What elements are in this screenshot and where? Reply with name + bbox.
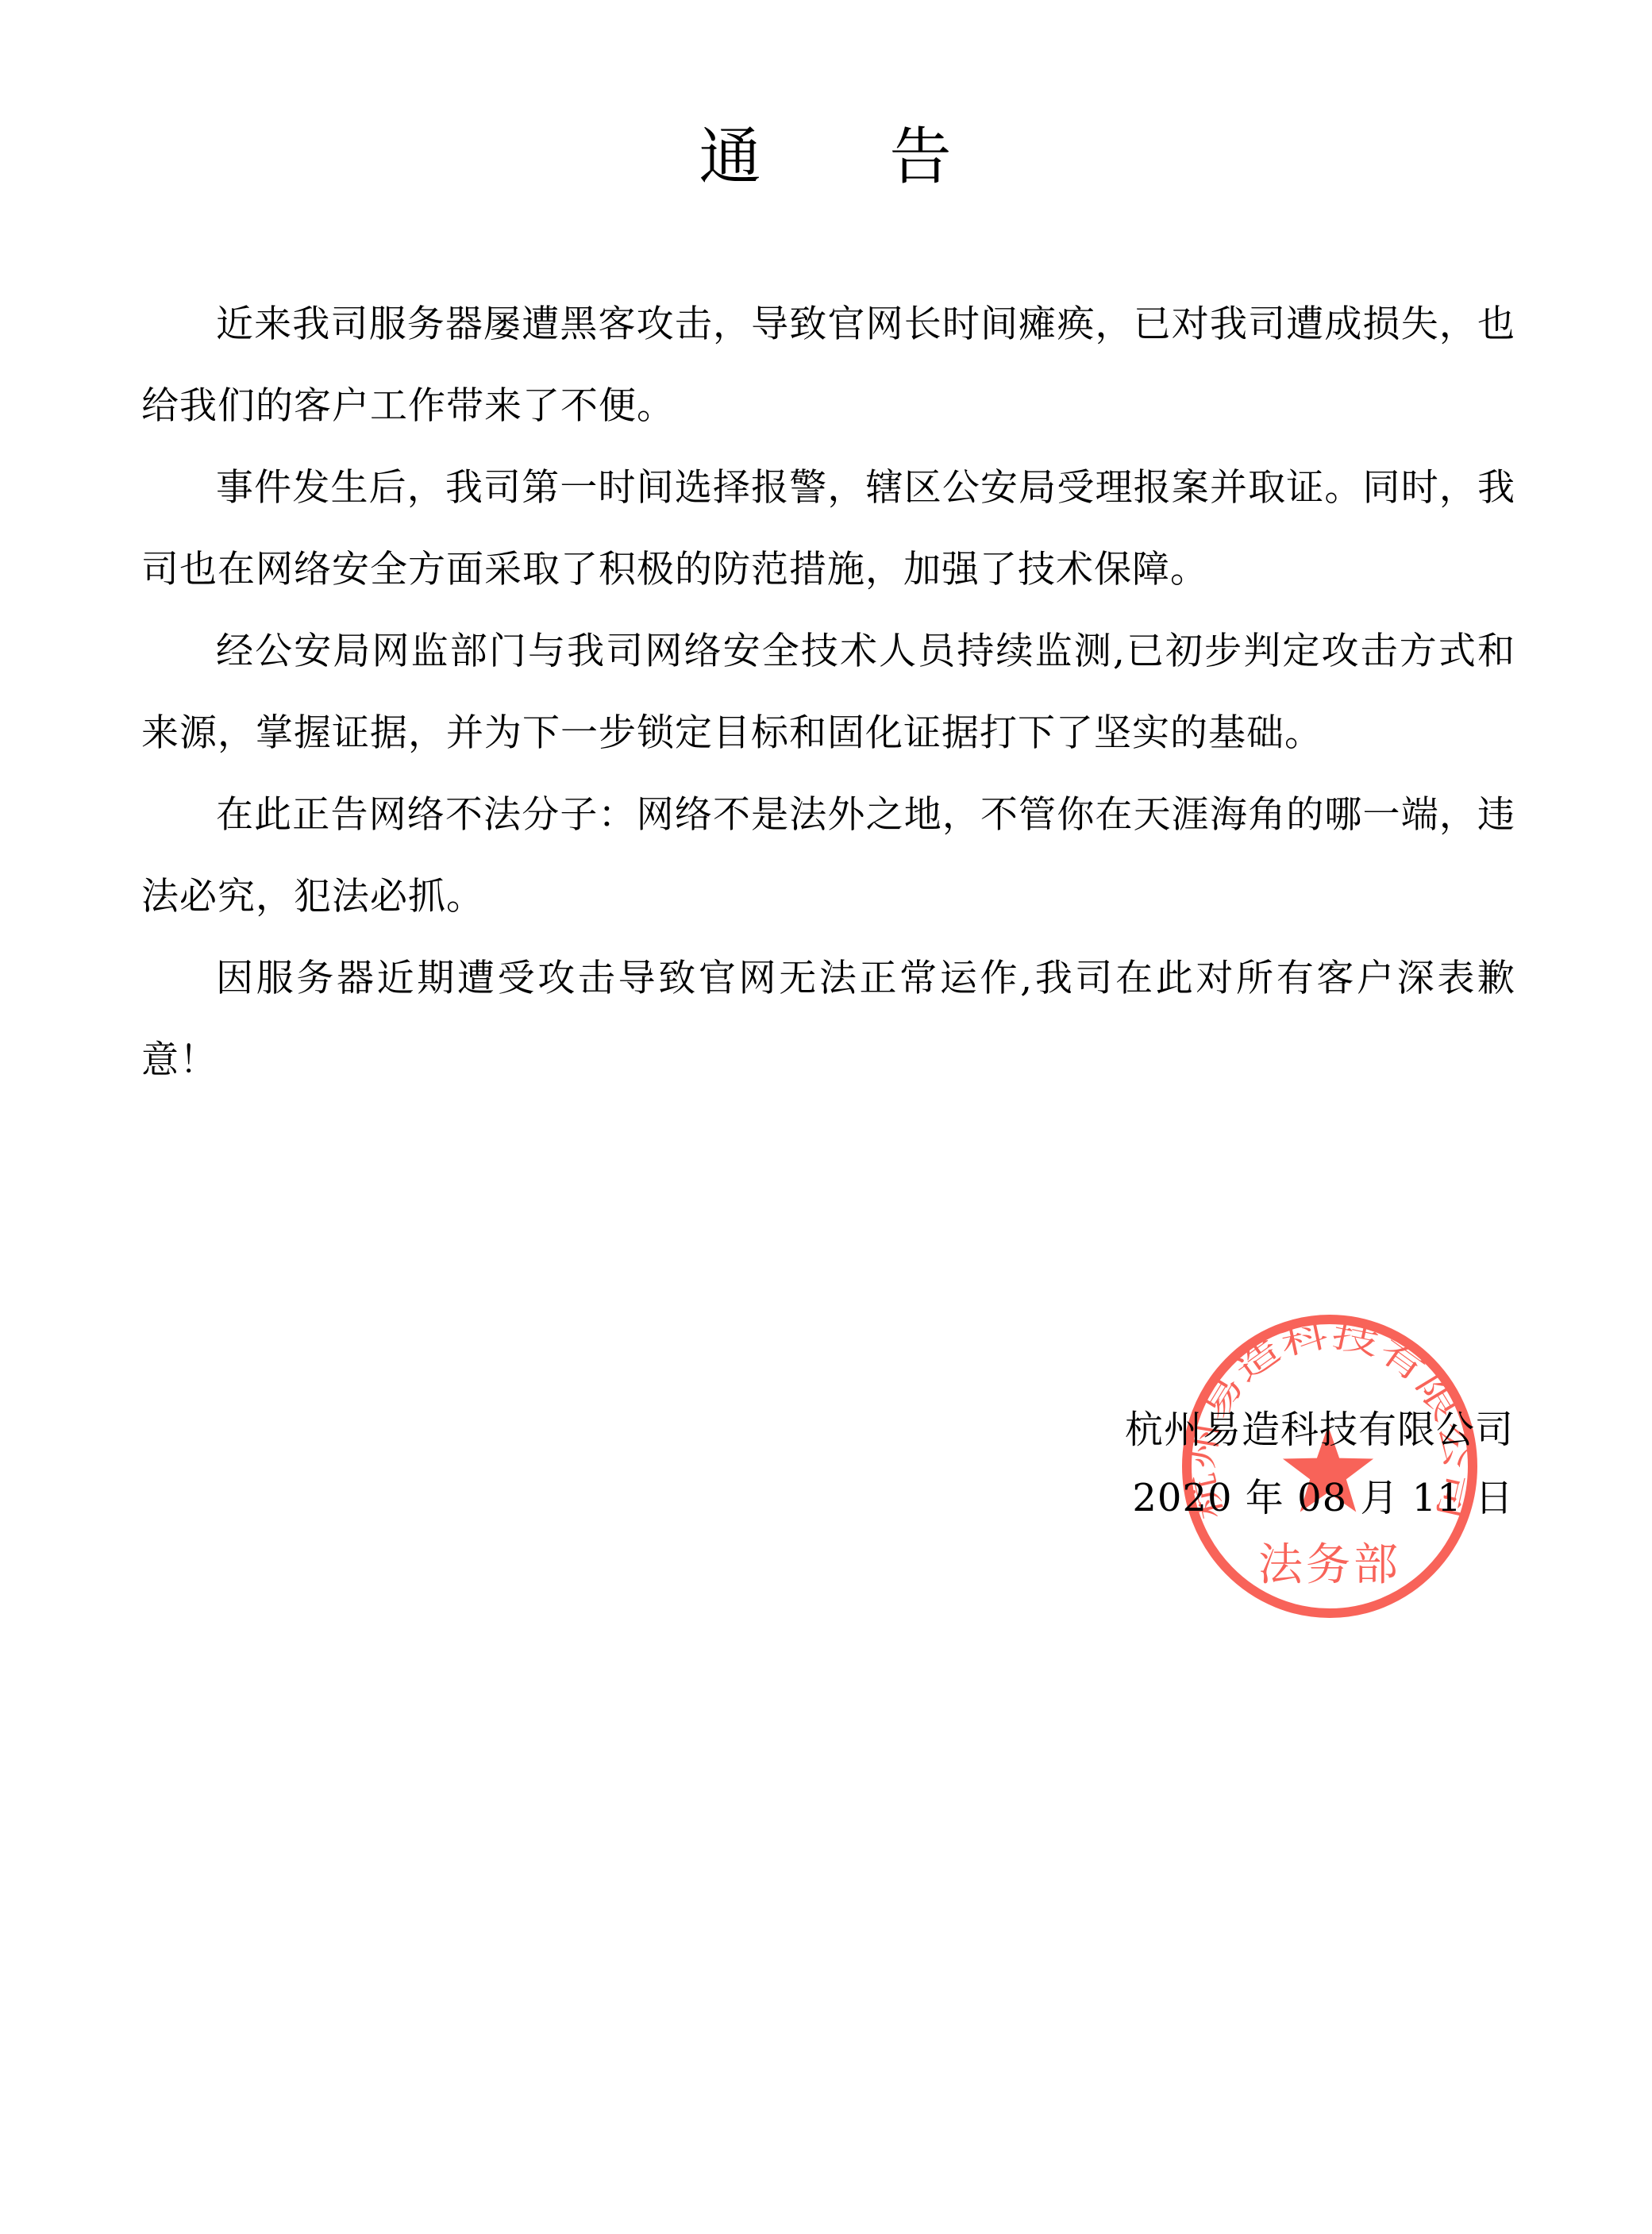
notice-document: 通 告 近来我司服务器屡遭黑客攻击，导致官网长时间瘫痪，已对我司遭成损失，也给我…	[0, 0, 1652, 2234]
paragraph-server-attack: 近来我司服务器屡遭黑客攻击，导致官网长时间瘫痪，已对我司遭成损失，也给我们的客户…	[141, 283, 1515, 447]
paragraph-investigation: 经公安局网监部门与我司网络安全技术人员持续监测,已初步判定攻击方式和来源，掌握证…	[141, 610, 1515, 774]
paragraph-apology: 因服务器近期遭受攻击导致官网无法正常运作,我司在此对所有客户深表歉意！	[141, 938, 1515, 1101]
signature-block: 杭州易造科技有限公司 2020 年 08 月 11 日	[0, 1396, 1652, 1532]
notice-body: 近来我司服务器屡遭黑客攻击，导致官网长时间瘫痪，已对我司遭成损失，也给我们的客户…	[0, 283, 1652, 1101]
signature-company: 杭州易造科技有限公司	[0, 1396, 1514, 1464]
paragraph-warning: 在此正告网络不法分子：网络不是法外之地，不管你在天涯海角的哪一端，违法必究，犯法…	[141, 774, 1515, 938]
seal-department-label: 法务部	[1258, 1539, 1401, 1591]
page-title: 通 告	[0, 0, 1652, 191]
signature-date: 2020 年 08 月 11 日	[0, 1464, 1514, 1532]
paragraph-police-report: 事件发生后，我司第一时间选择报警，辖区公安局受理报案并取证。同时，我司也在网络安…	[141, 447, 1515, 610]
